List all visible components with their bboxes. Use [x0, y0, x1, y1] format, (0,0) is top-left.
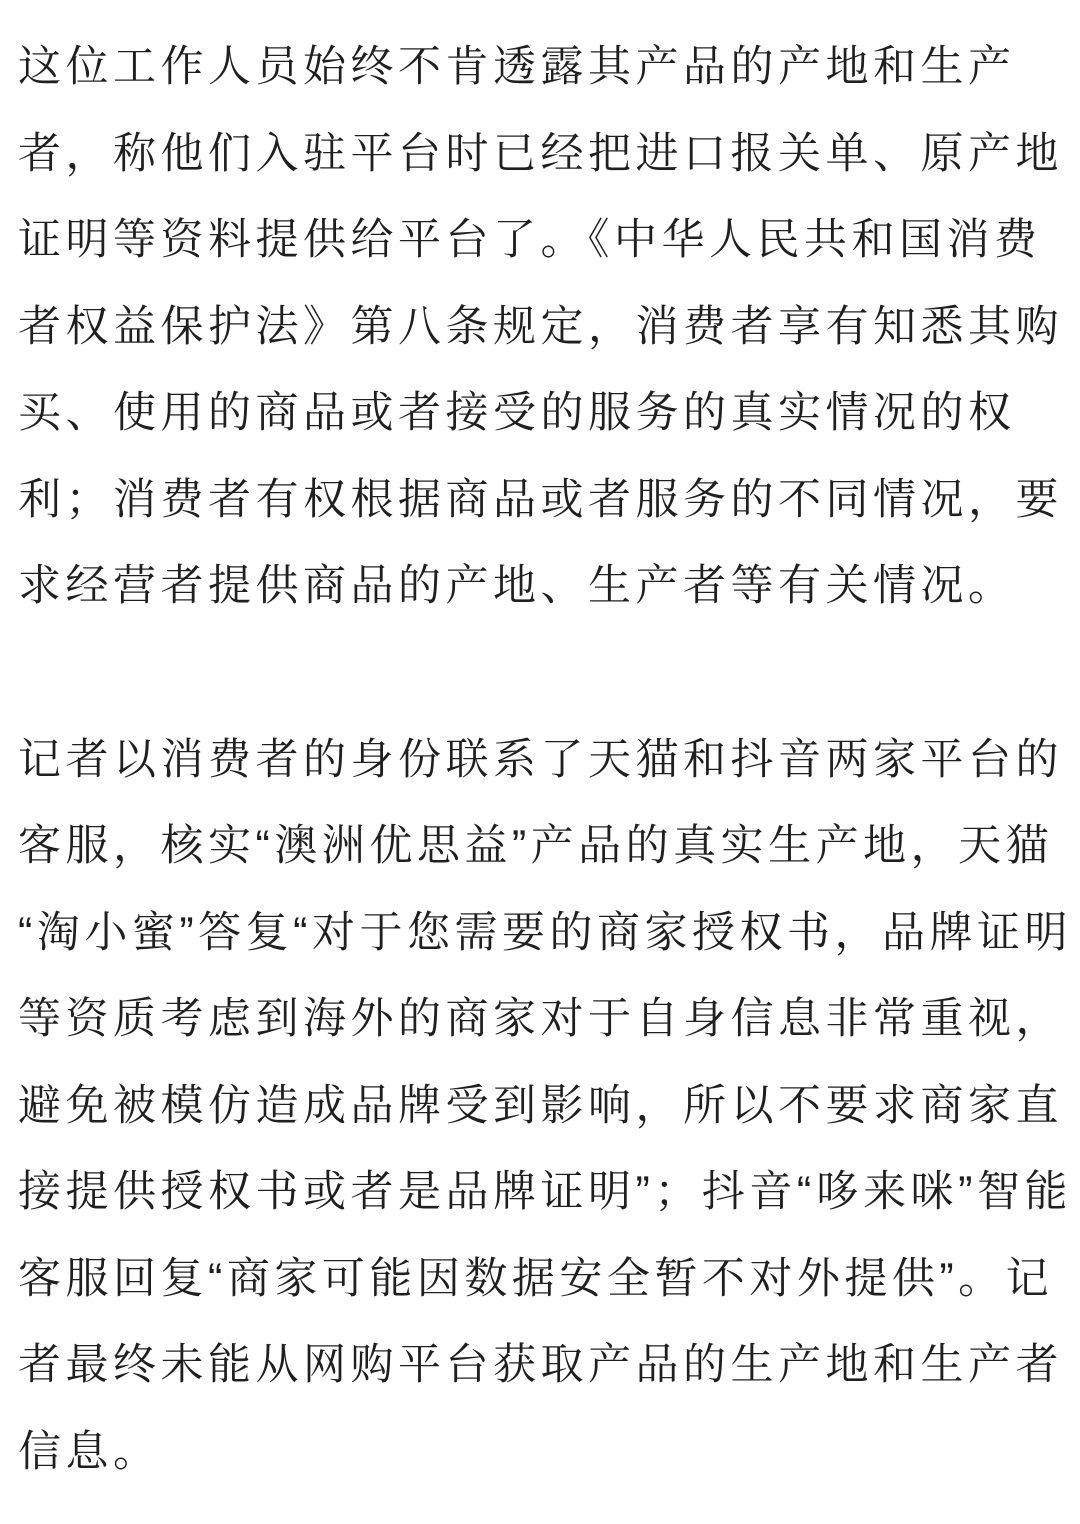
article-page: 这位工作人员始终不肯透露其产品的产地和生产 者，称他们入驻平台时已经把进口报关单…: [0, 0, 1080, 1524]
paragraph-2: 记者以消费者的身份联系了天猫和抖音两家平台的 客服，核实“澳洲优思益”产品的真实…: [18, 717, 1072, 1496]
text-line: “淘小蜜”答复“对于您需要的商家授权书，品牌证明: [18, 890, 1072, 977]
text-line: 等资质考虑到海外的商家对于自身信息非常重视，: [18, 976, 1072, 1063]
text-line: 这位工作人员始终不肯透露其产品的产地和生产: [18, 24, 1072, 111]
text-line: 客服回复“商家可能因数据安全暂不对外提供”。记: [18, 1236, 1072, 1323]
text-line: 客服，核实“澳洲优思益”产品的真实生产地，天猫: [18, 803, 1072, 890]
text-line: 者，称他们入驻平台时已经把进口报关单、原产地: [18, 111, 1072, 198]
text-line: 买、使用的商品或者接受的服务的真实情况的权: [18, 370, 1072, 457]
text-line: 求经营者提供商品的产地、生产者等有关情况。: [18, 543, 1072, 630]
paragraph-1: 这位工作人员始终不肯透露其产品的产地和生产 者，称他们入驻平台时已经把进口报关单…: [18, 24, 1072, 630]
text-line: 利；消费者有权根据商品或者服务的不同情况，要: [18, 457, 1072, 544]
text-line: 者最终未能从网购平台获取产品的生产地和生产者: [18, 1322, 1072, 1409]
text-line: 记者以消费者的身份联系了天猫和抖音两家平台的: [18, 717, 1072, 804]
text-line: 者权益保护法》第八条规定，消费者享有知悉其购: [18, 284, 1072, 371]
text-line: 接提供授权书或者是品牌证明”；抖音“哆来咪”智能: [18, 1149, 1072, 1236]
text-line: 避免被模仿造成品牌受到影响，所以不要求商家直: [18, 1063, 1072, 1150]
text-line: 证明等资料提供给平台了。《中华人民共和国消费: [18, 197, 1072, 284]
text-line: 信息。: [18, 1409, 1072, 1496]
